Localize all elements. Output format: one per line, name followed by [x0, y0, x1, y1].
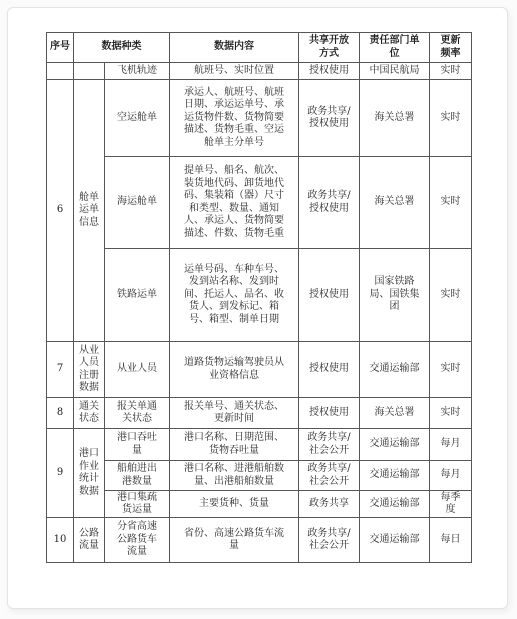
cell-frequency: 实时: [430, 342, 472, 398]
cell-department: 交通运输部: [360, 429, 430, 461]
table-row: 船舶进出港数量 港口名称、进港船舶数量、出港船舶数量 政务共享/社会公开 交通运…: [47, 461, 472, 491]
cell-subcategory: 船舶进出港数量: [105, 461, 170, 491]
cell-sharing: 授权使用: [299, 398, 360, 429]
cell-frequency: 实时: [430, 63, 472, 80]
cell-department: 海关总署: [360, 80, 430, 157]
table-row: 9 港口作业统计数据 港口吞吐量 港口名称、日期范围、货物吞吐量 政务共享/社会…: [47, 429, 472, 461]
table-row: 铁路运单 运单号码、车种车号、发到站名称、发到时间、托运人、品名、收货人、到发标…: [47, 249, 472, 342]
cell-sharing: 政务共享/授权使用: [299, 80, 360, 157]
cell-group: 舱单运单信息: [74, 80, 105, 342]
cell-subcategory: 从业人员: [105, 342, 170, 398]
cell-content: 报关单号、通关状态、更新时间: [170, 398, 299, 429]
cell-sharing: 政务共享/社会公开: [299, 518, 360, 563]
cell-content: 港口名称、进港船舶数量、出港船舶数量: [170, 461, 299, 491]
cell-content: 道路货物运输驾驶员从业资格信息: [170, 342, 299, 398]
table-row: 7 从业人员注册数据 从业人员 道路货物运输驾驶员从业资格信息 授权使用 交通运…: [47, 342, 472, 398]
cell-group: 公路流量: [74, 518, 105, 563]
cell-department: 国家铁路局、国铁集团: [360, 249, 430, 342]
table-header-row: 序号 数据种类 数据内容 共享开放方式 责任部门单位 更新频率: [47, 33, 472, 63]
cell-sharing: 授权使用: [299, 63, 360, 80]
cell-group: 港口作业统计数据: [74, 429, 105, 518]
cell-frequency: 实时: [430, 80, 472, 157]
cell-subcategory: 港口集疏货运量: [105, 491, 170, 518]
document-page: 序号 数据种类 数据内容 共享开放方式 责任部门单位 更新频率 飞机轨迹 航班号…: [7, 7, 508, 609]
cell-frequency: 实时: [430, 398, 472, 429]
cell-sharing: 政务共享/社会公开: [299, 461, 360, 491]
header-sharing-mode: 共享开放方式: [299, 33, 360, 63]
cell-group: 从业人员注册数据: [74, 342, 105, 398]
cell-content: 承运人、航班号、航班日期、承运运单号、承运货物件数、货物简要描述、货物毛重、空运…: [170, 80, 299, 157]
cell-content: 提单号、船名、航次、装货地代码、卸货地代码、集装箱（器）尺寸和类型、数量、通知人…: [170, 157, 299, 249]
cell-subcategory: 海运舱单: [105, 157, 170, 249]
cell-content: 港口名称、日期范围、货物吞吐量: [170, 429, 299, 461]
cell-seq: 7: [47, 342, 74, 398]
cell-sharing: 授权使用: [299, 249, 360, 342]
cell-frequency: 每月: [430, 429, 472, 461]
cell-seq: [47, 63, 74, 80]
table-row: 海运舱单 提单号、船名、航次、装货地代码、卸货地代码、集装箱（器）尺寸和类型、数…: [47, 157, 472, 249]
header-responsible-unit: 责任部门单位: [360, 33, 430, 63]
cell-sharing: 授权使用: [299, 342, 360, 398]
cell-department: 交通运输部: [360, 342, 430, 398]
cell-sharing: 政务共享/授权使用: [299, 157, 360, 249]
header-data-content: 数据内容: [170, 33, 299, 63]
cell-seq: 9: [47, 429, 74, 518]
cell-content: 运单号码、车种车号、发到站名称、发到时间、托运人、品名、收货人、到发标记、箱号、…: [170, 249, 299, 342]
cell-department: 海关总署: [360, 398, 430, 429]
cell-seq: 8: [47, 398, 74, 429]
cell-subcategory: 飞机轨迹: [105, 63, 170, 80]
cell-content: 主要货种、货量: [170, 491, 299, 518]
cell-sharing: 政务共享: [299, 491, 360, 518]
cell-content: 省份、高速公路货车流量: [170, 518, 299, 563]
cell-seq: 6: [47, 80, 74, 342]
table-row: 10 公路流量 分省高速公路货车流量 省份、高速公路货车流量 政务共享/社会公开…: [47, 518, 472, 563]
table-row: 8 通关状态 报关单通关状态 报关单号、通关状态、更新时间 授权使用 海关总署 …: [47, 398, 472, 429]
cell-department: 交通运输部: [360, 518, 430, 563]
cell-seq: 10: [47, 518, 74, 563]
cell-department: 交通运输部: [360, 461, 430, 491]
cell-frequency: 实时: [430, 249, 472, 342]
header-update-frequency: 更新频率: [430, 33, 472, 63]
cell-department: 交通运输部: [360, 491, 430, 518]
cell-sharing: 政务共享/社会公开: [299, 429, 360, 461]
data-table: 序号 数据种类 数据内容 共享开放方式 责任部门单位 更新频率 飞机轨迹 航班号…: [46, 32, 472, 563]
cell-subcategory: 铁路运单: [105, 249, 170, 342]
cell-frequency: 每季度: [430, 491, 472, 518]
cell-frequency: 每月: [430, 461, 472, 491]
cell-frequency: 实时: [430, 157, 472, 249]
cell-group: 通关状态: [74, 398, 105, 429]
cell-subcategory: 港口吞吐量: [105, 429, 170, 461]
cell-frequency: 每日: [430, 518, 472, 563]
cell-subcategory: 空运舱单: [105, 80, 170, 157]
table-row: 飞机轨迹 航班号、实时位置 授权使用 中国民航局 实时: [47, 63, 472, 80]
cell-department: 海关总署: [360, 157, 430, 249]
cell-content: 航班号、实时位置: [170, 63, 299, 80]
cell-subcategory: 分省高速公路货车流量: [105, 518, 170, 563]
cell-group: [74, 63, 105, 80]
cell-subcategory: 报关单通关状态: [105, 398, 170, 429]
table-row: 港口集疏货运量 主要货种、货量 政务共享 交通运输部 每季度: [47, 491, 472, 518]
table-row: 6 舱单运单信息 空运舱单 承运人、航班号、航班日期、承运运单号、承运货物件数、…: [47, 80, 472, 157]
cell-department: 中国民航局: [360, 63, 430, 80]
header-data-kind: 数据种类: [74, 33, 170, 63]
header-no: 序号: [47, 33, 74, 63]
